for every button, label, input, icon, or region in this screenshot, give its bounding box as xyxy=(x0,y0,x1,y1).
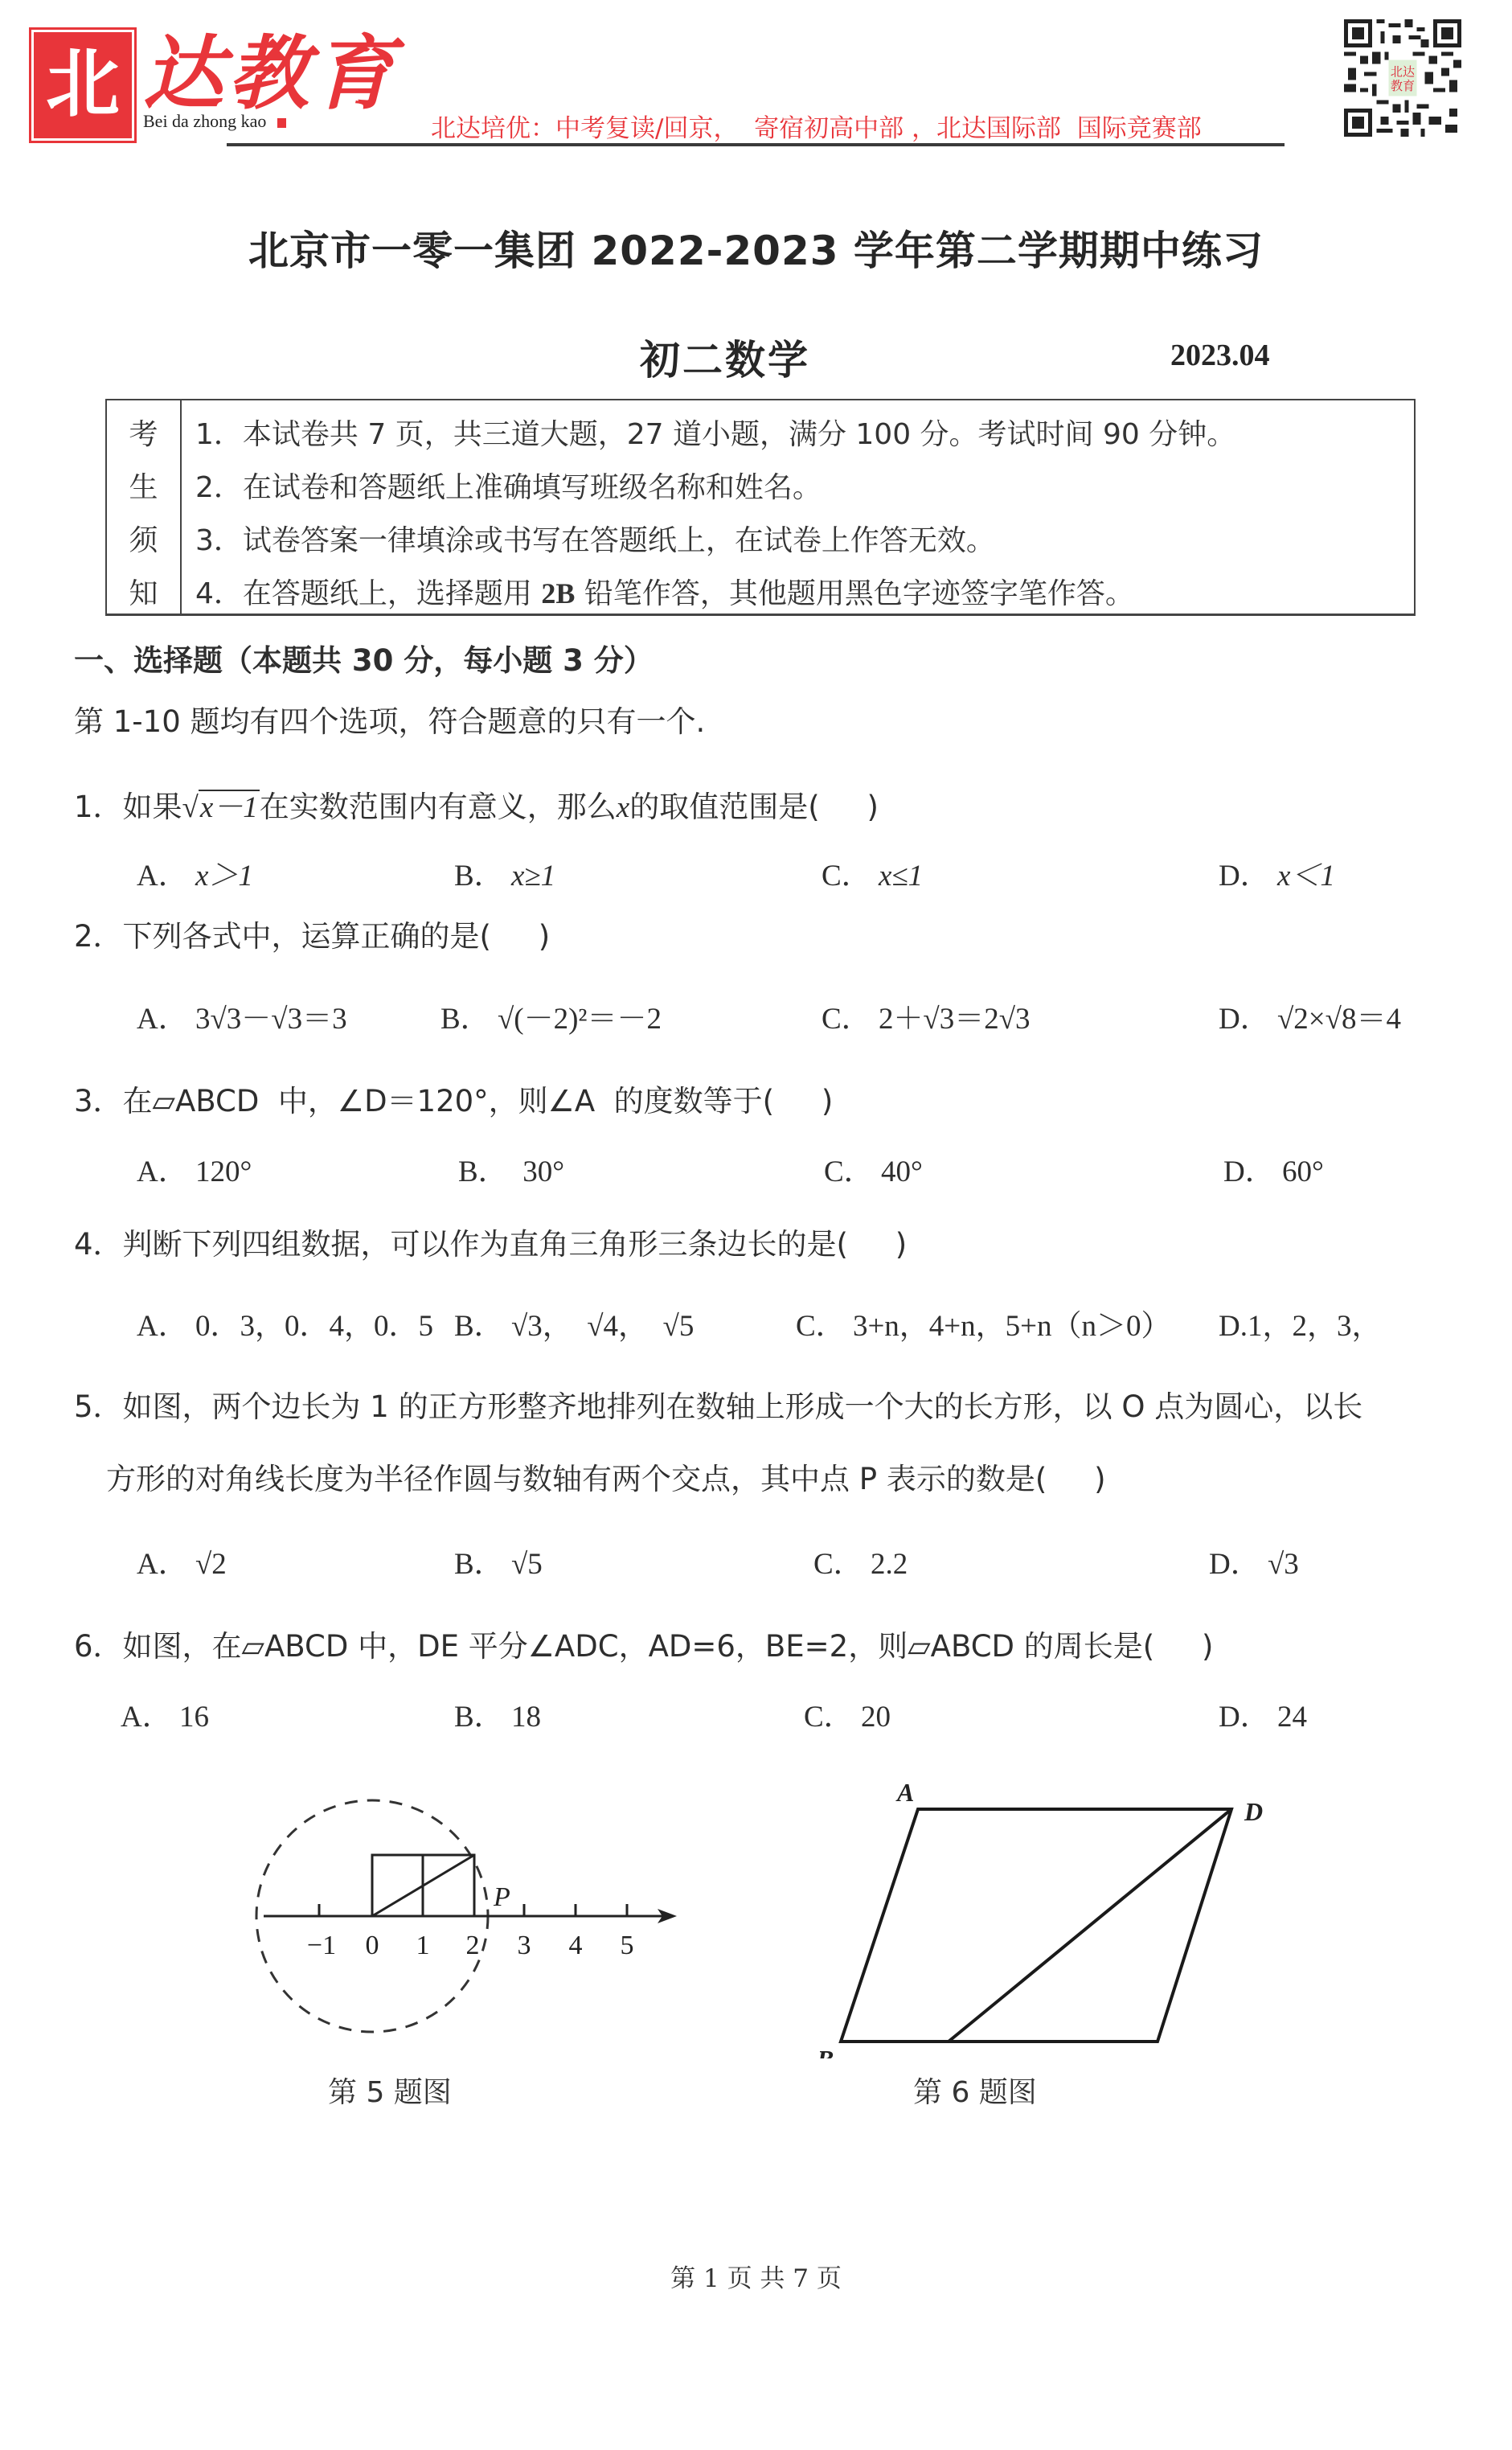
figure-5-number-line: −1 0 1 2 3 4 5 P xyxy=(225,1769,723,2058)
header-divider xyxy=(227,143,1285,146)
exam-subject: 初二数学 xyxy=(640,328,810,386)
option-1d[interactable]: D． x＜1 xyxy=(1219,859,1335,894)
logo-stamp-char: 北 xyxy=(37,42,129,125)
option-text: 2.2 xyxy=(871,1548,908,1581)
option-3c[interactable]: C． 40° xyxy=(824,1155,923,1190)
vertex-label: C xyxy=(1145,2054,1163,2058)
option-3d[interactable]: D． 60° xyxy=(1223,1155,1324,1190)
notes-line-bold: 2B xyxy=(541,577,575,609)
option-6a[interactable]: A． 16 xyxy=(121,1700,209,1735)
tick-label: 3 xyxy=(518,1931,531,1960)
notes-line-text: 4．在答题纸上，选择题用 xyxy=(195,577,541,610)
question-number: 2． xyxy=(74,919,123,954)
point-p-label: P xyxy=(493,1882,510,1912)
tick-label: 0 xyxy=(366,1931,379,1960)
option-3a[interactable]: A． 120° xyxy=(137,1155,252,1190)
option-4a[interactable]: A． 0．3，0．4，0．5 xyxy=(137,1309,433,1344)
question-text: 的取值范围是( ) xyxy=(629,790,879,824)
svg-text:教育: 教育 xyxy=(1391,79,1415,93)
option-text: 2＋√3＝2√3 xyxy=(879,1003,1031,1036)
option-text: √2×√8＝4 xyxy=(1277,1003,1401,1036)
option-6b[interactable]: B． 18 xyxy=(454,1700,541,1735)
option-label: B． xyxy=(454,1548,504,1581)
tick-label: 1 xyxy=(416,1931,430,1960)
vertex-label: B xyxy=(820,2045,834,2058)
option-text: 16 xyxy=(179,1701,209,1734)
question-text: 下列各式中，运算正确的是( ) xyxy=(123,919,551,954)
option-5c[interactable]: C． 2.2 xyxy=(813,1547,908,1582)
question-text: 如果 xyxy=(123,790,182,824)
option-label: D． xyxy=(1219,1701,1270,1734)
option-3b[interactable]: B． 30° xyxy=(458,1155,564,1190)
option-text: x≤1 xyxy=(879,860,923,893)
option-label: B． xyxy=(454,1310,504,1343)
option-text: 1，2，3， xyxy=(1248,1310,1382,1343)
svg-text:北达: 北达 xyxy=(1391,64,1416,79)
question-number: 4． xyxy=(74,1227,123,1262)
notes-label-column: 考 生 须 知 xyxy=(107,400,182,614)
option-text: x＜1 xyxy=(1277,860,1335,893)
notes-label-char: 知 xyxy=(107,571,180,612)
option-4c[interactable]: C． 3+n，4+n，5+n（n＞0） xyxy=(796,1309,1171,1344)
exam-title: 北京市一零一集团 2022-2023 学年第二学期期中练习 xyxy=(0,219,1512,277)
question-number: 1． xyxy=(74,790,123,824)
variable: x xyxy=(617,791,629,824)
option-text: 20 xyxy=(861,1701,891,1734)
qr-code-icon: 北达 教育 xyxy=(1344,18,1461,138)
option-label: A． xyxy=(137,860,188,893)
exam-notes-box: 考 生 须 知 1．本试卷共 7 页，共三道大题，27 道小题，满分 100 分… xyxy=(105,399,1416,616)
option-4b[interactable]: B． √3， √4， √5 xyxy=(454,1309,694,1344)
option-label: C． xyxy=(796,1310,846,1343)
option-2b[interactable]: B． √(－2)²＝－2 xyxy=(440,1002,662,1037)
red-square-icon xyxy=(277,118,286,128)
option-label: B． xyxy=(454,1701,504,1734)
option-text: √3， √4， √5 xyxy=(511,1310,694,1343)
question-text: 在实数范围内有意义，那么 xyxy=(260,790,617,824)
option-label: A． xyxy=(137,1548,188,1581)
question-text: 如图，在▱ABCD 中，DE 平分∠ADC，AD=6，BE=2，则▱ABCD 的… xyxy=(123,1629,1214,1664)
section-heading: 一、选择题（本题共 30 分，每小题 3 分） xyxy=(74,643,654,679)
vertex-label: E xyxy=(938,2054,956,2058)
logo-name: 达教育 xyxy=(143,29,399,117)
option-label: D． xyxy=(1223,1155,1275,1188)
question-number: 3． xyxy=(74,1084,123,1118)
option-2d[interactable]: D． √2×√8＝4 xyxy=(1219,1002,1401,1037)
option-1c[interactable]: C． x≤1 xyxy=(822,859,923,894)
sqrt-expression: √x－1 xyxy=(182,790,260,826)
option-text: √(－2)²＝－2 xyxy=(498,1003,662,1036)
question-number: 5． xyxy=(74,1389,123,1424)
option-label: A． xyxy=(137,1003,188,1036)
question-text: 在▱ABCD 中，∠D＝120°，则∠A 的度数等于( ) xyxy=(123,1084,834,1118)
notes-line-text: 铅笔作答，其他题用黑色字迹签字笔作答。 xyxy=(575,577,1133,610)
question-number: 6． xyxy=(74,1629,123,1664)
logo-subtitle: Bei da zhong kao xyxy=(143,111,286,132)
notes-line: 1．本试卷共 7 页，共三道大题，27 道小题，满分 100 分。考试时间 90… xyxy=(195,412,1235,453)
option-label: C． xyxy=(813,1548,863,1581)
option-text: x＞1 xyxy=(195,860,253,893)
logo-stamp: 北 xyxy=(34,32,132,138)
question-4: 4．判断下列四组数据，可以作为直角三角形三条边长的是( ) xyxy=(74,1227,907,1262)
question-2: 2．下列各式中，运算正确的是( ) xyxy=(74,919,550,954)
figure-6-caption: 第 6 题图 xyxy=(913,2070,1037,2111)
option-1b[interactable]: B． x≥1 xyxy=(454,859,555,894)
option-label: A． xyxy=(137,1155,188,1188)
tick-label: 5 xyxy=(621,1931,634,1960)
option-label: C． xyxy=(824,1155,874,1188)
option-label: B． xyxy=(454,860,504,893)
tick-label: −1 xyxy=(307,1931,336,1960)
page-footer: 第 1 页 共 7 页 xyxy=(0,2258,1512,2294)
notes-line: 3．试卷答案一律填涂或书写在答题纸上，在试卷上作答无效。 xyxy=(195,518,995,559)
option-label: D． xyxy=(1219,860,1270,893)
header-slogan: 北达培优：中考复读/回京， 寄宿初高中部 ，北达国际部 国际竞赛部 xyxy=(431,108,1202,144)
exam-date: 2023.04 xyxy=(1170,338,1270,373)
question-3: 3．在▱ABCD 中，∠D＝120°，则∠A 的度数等于( ) xyxy=(74,1084,833,1119)
option-label: C． xyxy=(804,1701,854,1734)
option-6d[interactable]: D． 24 xyxy=(1219,1700,1307,1735)
radicand: x－1 xyxy=(199,790,260,824)
option-5b[interactable]: B． √5 xyxy=(454,1547,543,1582)
option-4d[interactable]: D.1，2，3， xyxy=(1219,1309,1381,1344)
option-6c[interactable]: C． 20 xyxy=(804,1700,891,1735)
option-label: B． xyxy=(440,1003,490,1036)
option-label: A． xyxy=(121,1701,172,1734)
option-text: x≥1 xyxy=(511,860,555,893)
notes-label-char: 生 xyxy=(107,465,180,506)
figure-5-caption: 第 5 题图 xyxy=(328,2070,452,2111)
option-text: 3+n，4+n，5+n（n＞0） xyxy=(853,1310,1171,1343)
tick-label: 2 xyxy=(466,1931,480,1960)
option-text: 60° xyxy=(1282,1155,1324,1188)
option-1a[interactable]: A． x＞1 xyxy=(137,859,253,894)
option-text: 3√3－√3＝3 xyxy=(195,1003,347,1036)
option-text: 0．3，0．4，0．5 xyxy=(195,1310,433,1343)
option-text: 30° xyxy=(522,1155,564,1188)
question-1: 1．如果√x－1在实数范围内有意义，那么x的取值范围是( ) xyxy=(74,790,879,826)
option-2a[interactable]: A． 3√3－√3＝3 xyxy=(137,1002,347,1037)
option-text: √5 xyxy=(511,1548,543,1581)
option-label: D． xyxy=(1219,1003,1270,1036)
notes-line: 4．在答题纸上，选择题用 2B 铅笔作答，其他题用黑色字迹签字笔作答。 xyxy=(195,571,1134,612)
question-text: 如图，两个边长为 1 的正方形整齐地排列在数轴上形成一个大的长方形，以 O 点为… xyxy=(123,1389,1363,1424)
tick-label: 4 xyxy=(569,1931,583,1960)
question-6: 6．如图，在▱ABCD 中，DE 平分∠ADC，AD=6，BE=2，则▱ABCD… xyxy=(74,1629,1213,1664)
option-label: C． xyxy=(822,1003,871,1036)
option-5d[interactable]: D． √3 xyxy=(1209,1547,1299,1582)
option-text: 40° xyxy=(881,1155,923,1188)
logo-subtitle-text: Bei da zhong kao xyxy=(143,111,266,131)
option-text: √2 xyxy=(195,1548,227,1581)
notes-label-char: 须 xyxy=(107,518,180,559)
vertex-label: A xyxy=(895,1778,914,1807)
option-text: 24 xyxy=(1277,1701,1307,1734)
question-text: 判断下列四组数据，可以作为直角三角形三条边长的是( ) xyxy=(123,1227,908,1262)
option-text: 120° xyxy=(195,1155,252,1188)
section-instruction: 第 1-10 题均有四个选项，符合题意的只有一个. xyxy=(74,704,705,740)
option-text: 18 xyxy=(511,1701,541,1734)
option-label: B． xyxy=(458,1155,508,1188)
option-5a[interactable]: A． √2 xyxy=(137,1547,227,1582)
vertex-label: D xyxy=(1244,1797,1263,1826)
figure-6-parallelogram: A B C D E xyxy=(820,1769,1318,2058)
option-label: A． xyxy=(137,1310,188,1343)
notes-line: 2．在试卷和答题纸上准确填写班级名称和姓名。 xyxy=(195,465,822,506)
question-5: 5．如图，两个边长为 1 的正方形整齐地排列在数轴上形成一个大的长方形，以 O … xyxy=(74,1389,1362,1425)
option-label: D． xyxy=(1209,1548,1260,1581)
question-5-line2: 方形的对角线长度为半径作圆与数轴有两个交点，其中点 P 表示的数是( ) xyxy=(106,1462,1106,1497)
option-text: √3 xyxy=(1268,1548,1299,1581)
option-label: D. xyxy=(1219,1310,1248,1343)
notes-label-char: 考 xyxy=(107,412,180,453)
option-label: C． xyxy=(822,860,871,893)
option-2c[interactable]: C． 2＋√3＝2√3 xyxy=(822,1002,1031,1037)
